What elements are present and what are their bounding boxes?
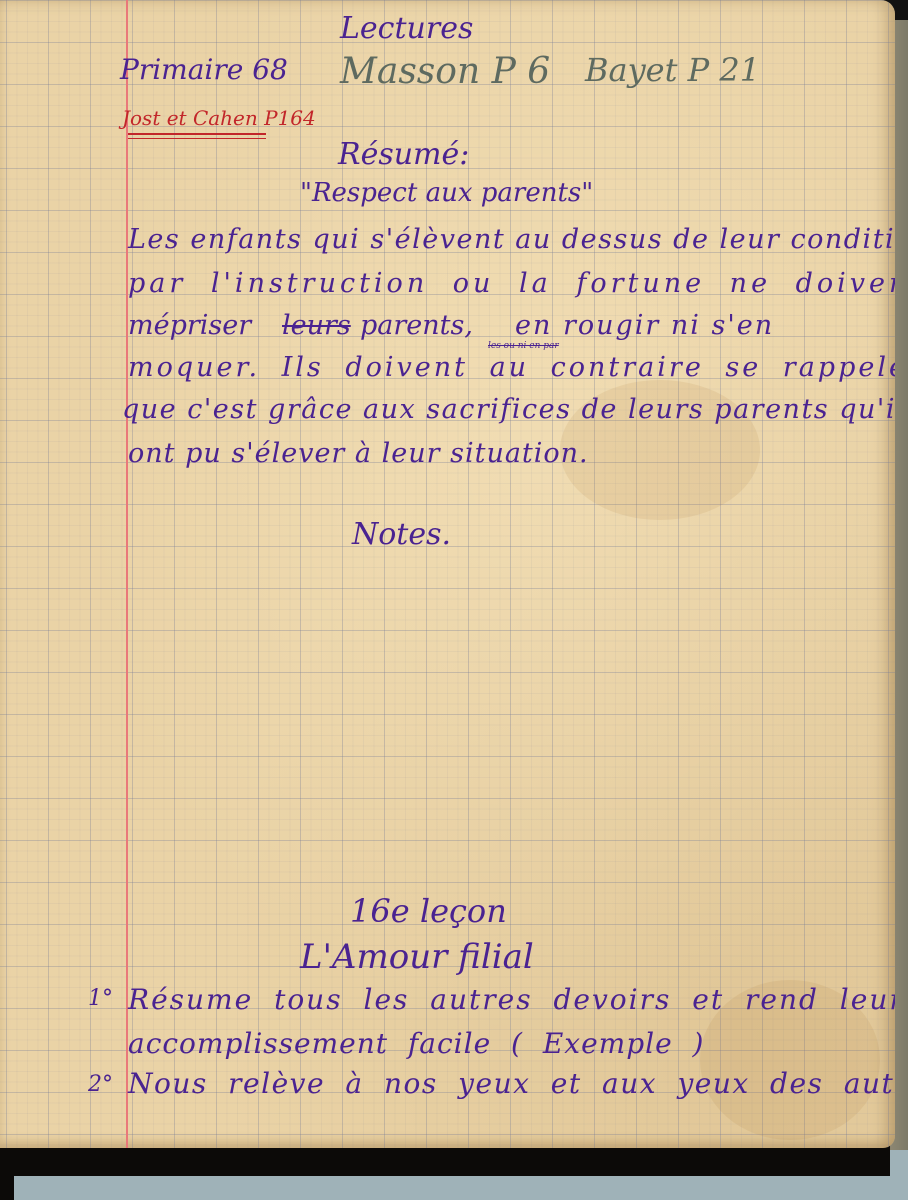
header-title: Lectures [340, 14, 473, 44]
resume-line-3-insertion: les ou ni en par [488, 342, 559, 351]
resume-line-6: ont pu s'élever à leur situation. [128, 440, 589, 467]
item-1-line-2: accomplissement facile ( Exemple ) [128, 1030, 704, 1058]
lesson-title: L'Amour filial [300, 940, 534, 974]
notes-heading: Notes. [352, 520, 451, 550]
resume-line-3-end: en rougir ni s'en [515, 312, 774, 339]
resume-line-3-struck: leurs [282, 312, 351, 339]
item-1-marker: 1° [88, 988, 113, 1010]
reference-masson: Masson P 6 [340, 54, 550, 90]
resume-line-3-parents: parents, [360, 312, 473, 339]
lesson-number: 16e leçon [350, 895, 507, 927]
red-underline [128, 133, 266, 139]
resume-heading: Résumé: [338, 140, 469, 170]
resume-line-5: que c'est grâce aux sacrifices de leurs … [122, 396, 895, 423]
resume-line-4: moquer. Ils doivent au contraire se rapp… [128, 354, 895, 381]
margin-line [126, 0, 128, 1148]
resume-subtitle: "Respect aux parents" [300, 180, 593, 206]
item-2-marker: 2° [88, 1074, 113, 1096]
page-shadow-left [0, 1140, 14, 1200]
resume-line-1: Les enfants qui s'élèvent au dessus de l… [128, 226, 895, 253]
resume-line-3-start: mépriser [128, 312, 251, 339]
header-left-note-red: Jost et Cahen P164 [122, 108, 316, 128]
item-2-line-1: Nous relève à nos yeux et aux yeux des a… [128, 1070, 895, 1098]
header-left-note: Primaire 68 [120, 56, 288, 84]
item-1-line-1: Résume tous les autres devoirs et rend l… [128, 986, 895, 1014]
reference-bayet: Bayet P 21 [585, 54, 760, 86]
notebook-page: Lectures Primaire 68 Jost et Cahen P164 … [0, 0, 895, 1148]
resume-line-2: par l'instruction ou la fortune ne doive… [128, 270, 895, 297]
